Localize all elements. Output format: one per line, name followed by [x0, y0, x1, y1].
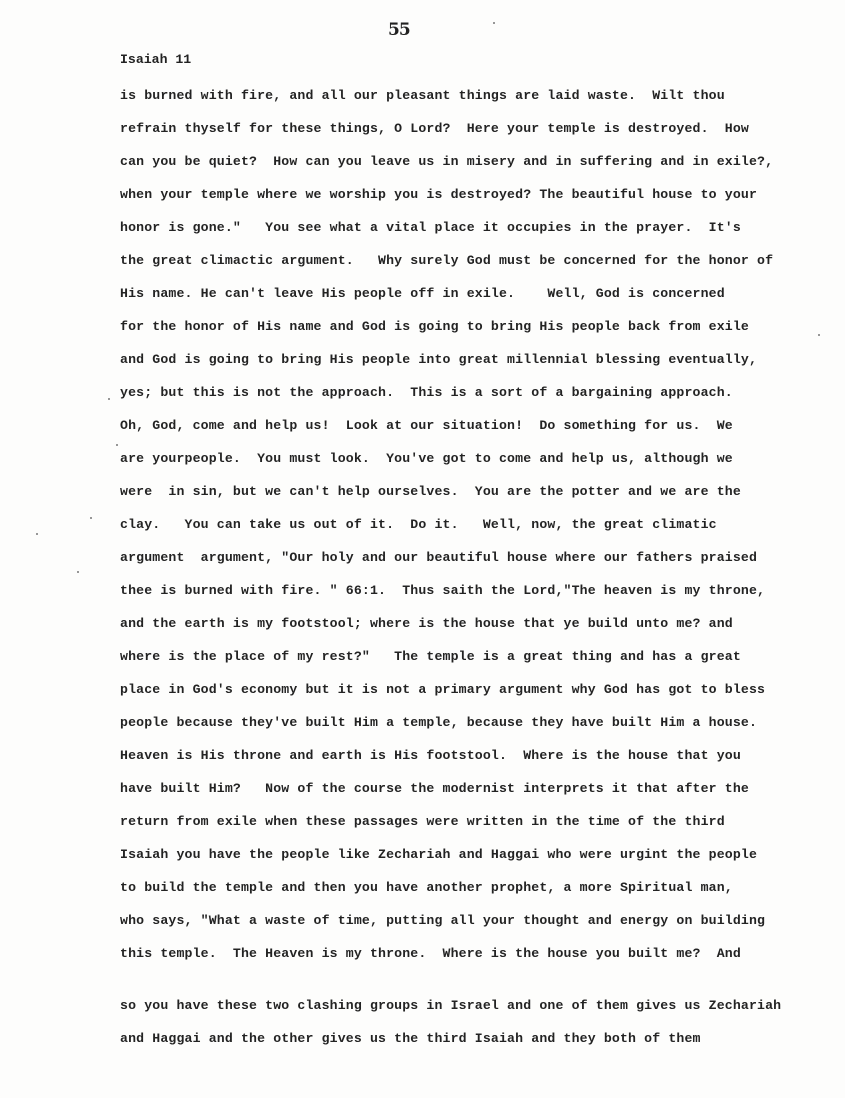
- text-line: Heaven is His throne and earth is His fo…: [120, 748, 741, 764]
- scan-speck: [493, 22, 495, 24]
- text-line: where is the place of my rest?" The temp…: [120, 649, 741, 665]
- chapter-reference: Isaiah 11: [120, 52, 191, 67]
- text-line: yes; but this is not the approach. This …: [120, 385, 733, 401]
- text-line: argument argument, "Our holy and our bea…: [120, 550, 757, 566]
- scan-speck: [116, 444, 118, 446]
- text-line: place in God's economy but it is not a p…: [120, 682, 765, 698]
- text-line: return from exile when these passages we…: [120, 814, 725, 830]
- text-line: who says, "What a waste of time, putting…: [120, 913, 765, 929]
- text-line: and Haggai and the other gives us the th…: [120, 1031, 701, 1047]
- text-line: for the honor of His name and God is goi…: [120, 319, 749, 335]
- document-page: 55 Isaiah 11 is burned with fire, and al…: [0, 0, 845, 1098]
- text-line: clay. You can take us out of it. Do it. …: [120, 517, 717, 533]
- scan-speck: [90, 517, 92, 519]
- text-line: honor is gone." You see what a vital pla…: [120, 220, 741, 236]
- text-line: thee is burned with fire. " 66:1. Thus s…: [120, 583, 765, 599]
- scan-speck: [818, 334, 820, 336]
- text-line: so you have these two clashing groups in…: [120, 998, 781, 1014]
- text-line: to build the temple and then you have an…: [120, 880, 733, 896]
- scan-speck: [77, 571, 79, 573]
- text-line: refrain thyself for these things, O Lord…: [120, 121, 749, 137]
- text-line: are yourpeople. You must look. You've go…: [120, 451, 733, 467]
- page-number: 55: [388, 20, 410, 40]
- text-line: and God is going to bring His people int…: [120, 352, 757, 368]
- text-line: were in sin, but we can't help ourselves…: [120, 484, 741, 500]
- text-line: people because they've built Him a templ…: [120, 715, 757, 731]
- text-line: can you be quiet? How can you leave us i…: [120, 154, 773, 170]
- text-line: have built Him? Now of the course the mo…: [120, 781, 749, 797]
- text-line: and the earth is my footstool; where is …: [120, 616, 733, 632]
- text-line: His name. He can't leave His people off …: [120, 286, 725, 302]
- scan-speck: [108, 398, 110, 400]
- text-line: Isaiah you have the people like Zecharia…: [120, 847, 757, 863]
- text-line: the great climactic argument. Why surely…: [120, 253, 773, 269]
- scan-speck: [36, 533, 38, 535]
- text-line: this temple. The Heaven is my throne. Wh…: [120, 946, 741, 962]
- text-line: Oh, God, come and help us! Look at our s…: [120, 418, 733, 434]
- text-line: when your temple where we worship you is…: [120, 187, 757, 203]
- text-line: is burned with fire, and all our pleasan…: [120, 88, 725, 104]
